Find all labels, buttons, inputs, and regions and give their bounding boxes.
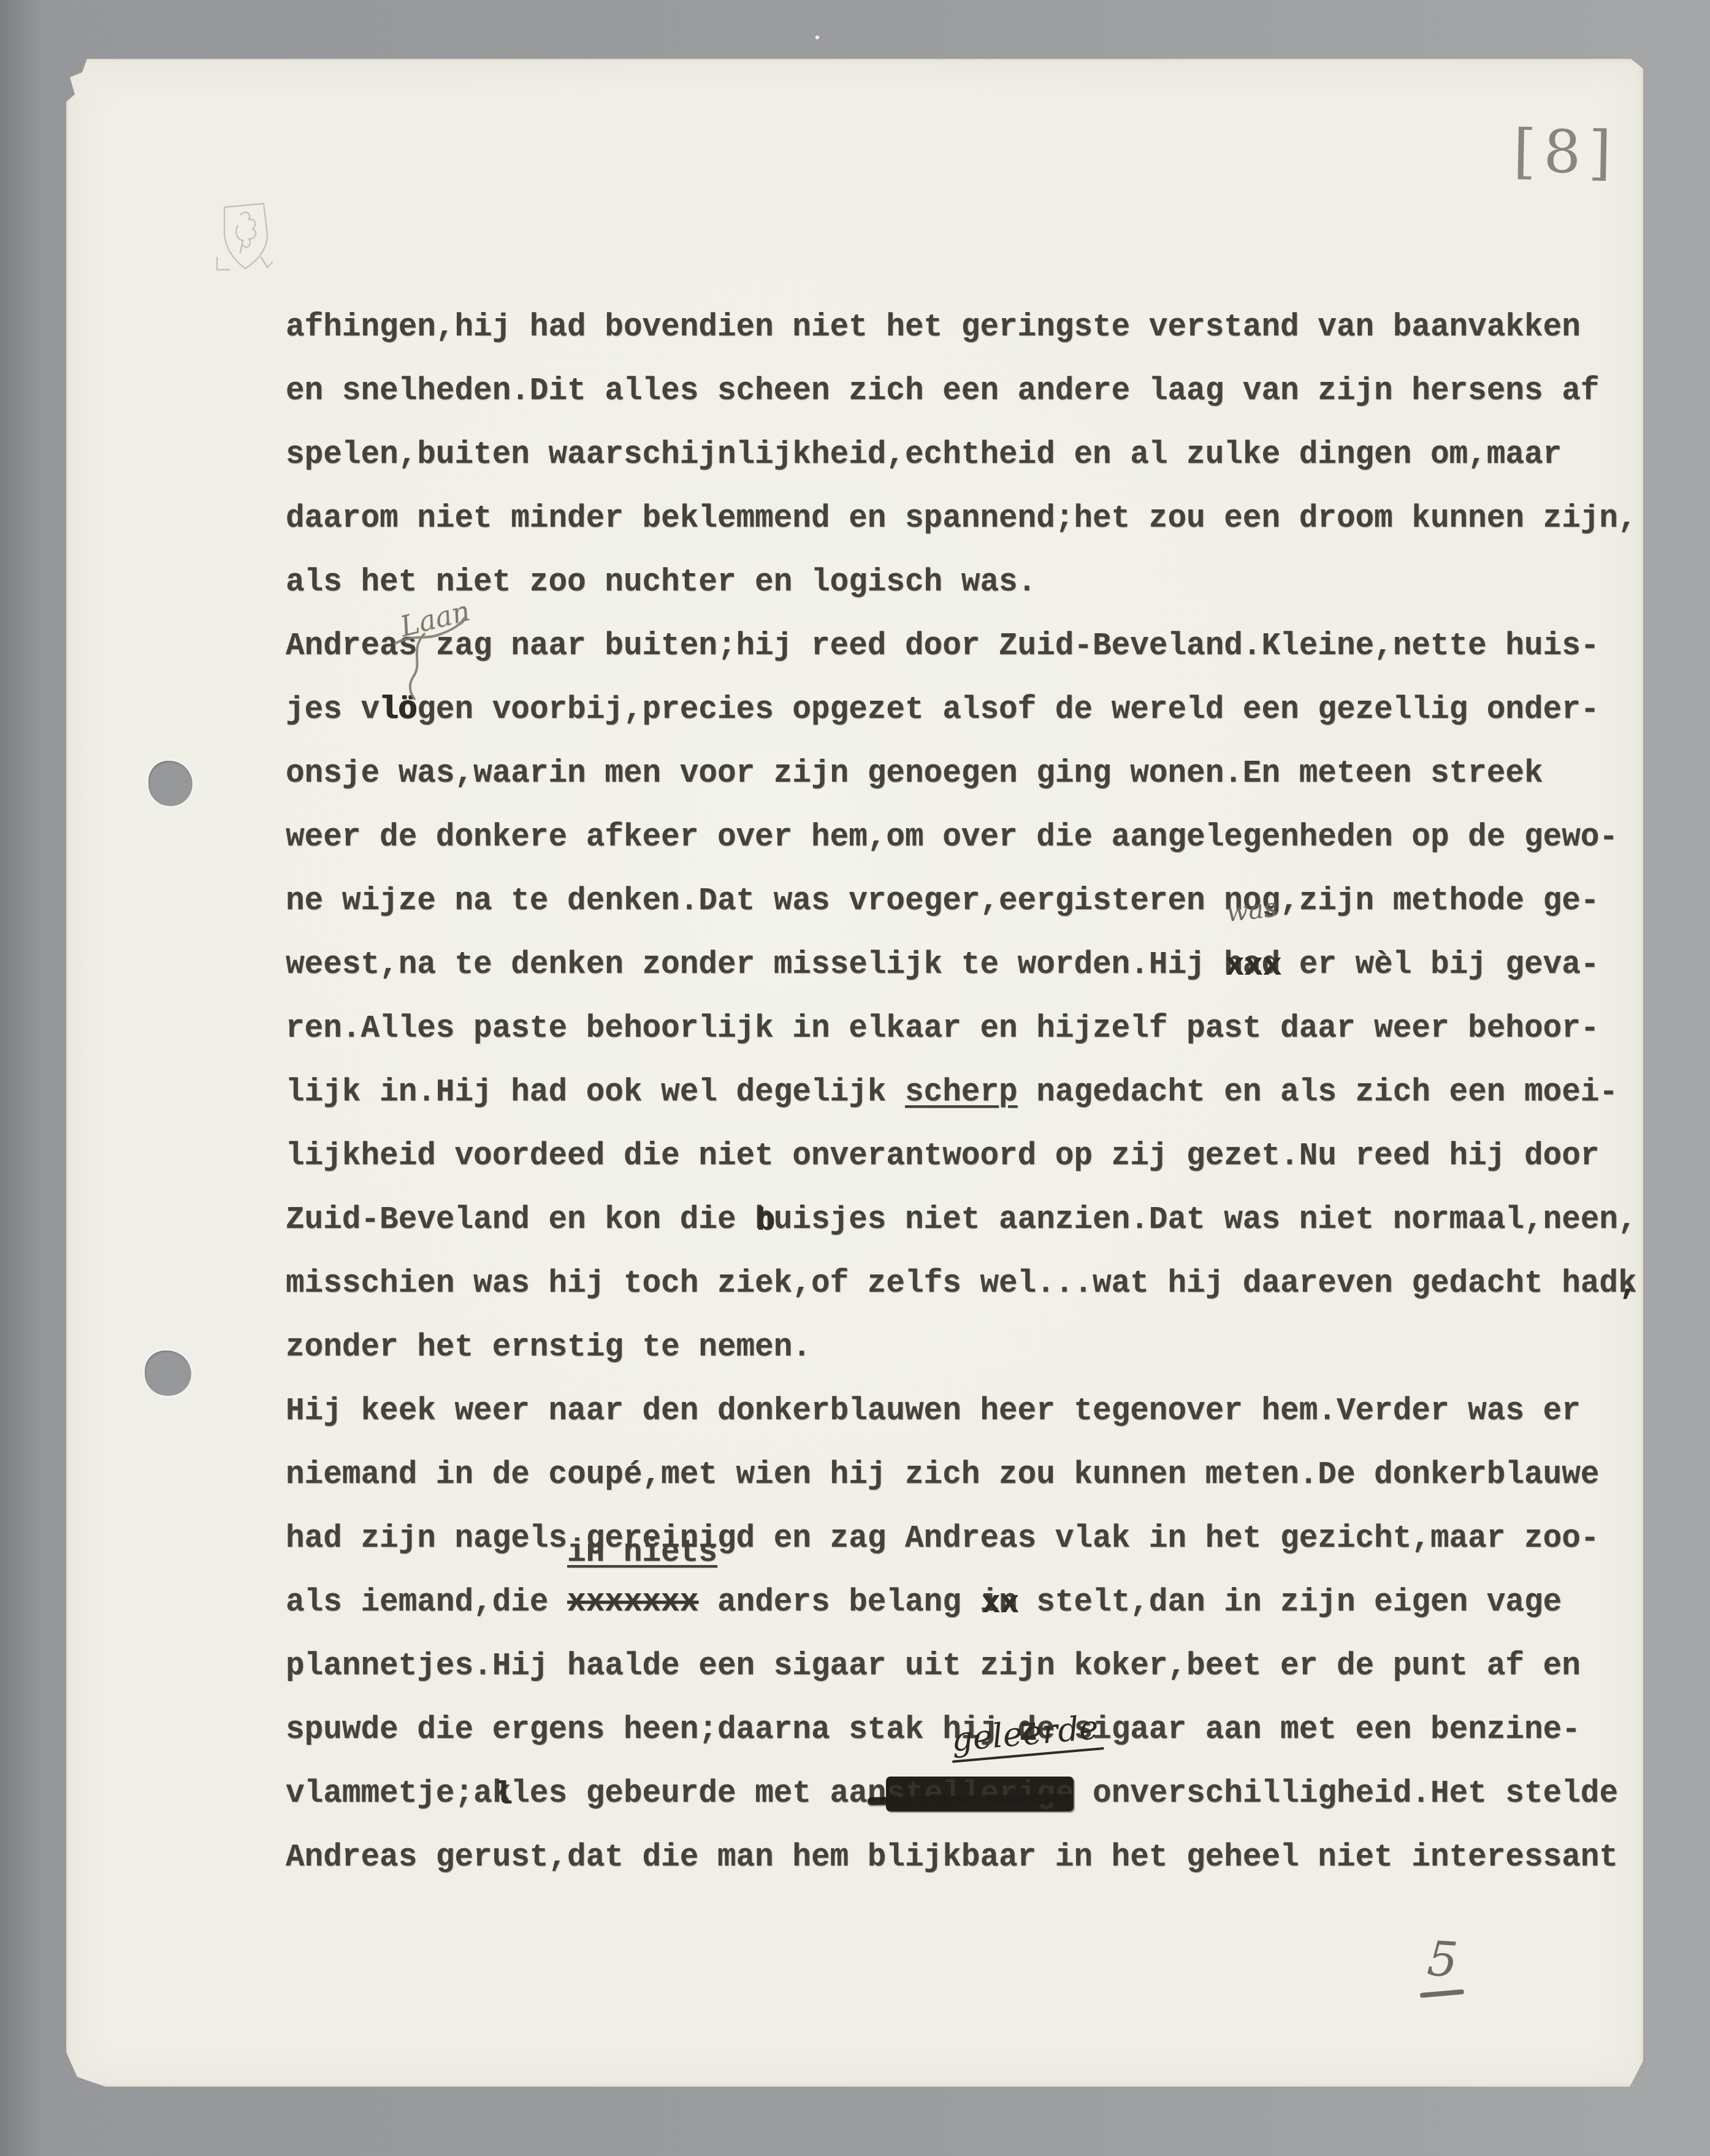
text-run: Zuid-Beveland en kon die [286, 1203, 755, 1238]
typed-line: jes vlögen voorbij,precies opgezet alsof… [286, 679, 1671, 742]
text-run: daarom niet minder beklemmend en spannen… [286, 501, 1637, 536]
text-run: als het niet zoo nuchter en logisch was. [286, 565, 1036, 600]
typed-text: afhingen,hij had bovendien niet het geri… [286, 296, 1671, 1890]
punch-hole [148, 761, 193, 806]
typed-line: Zuid-Beveland en kon die huisjes niet aa… [286, 1189, 1671, 1252]
text-run: plannetjes.Hij haalde een sigaar uit zij… [286, 1649, 1581, 1684]
text-run: ren.Alles paste behoorlijk in elkaar en … [286, 1011, 1599, 1046]
text-run: weest,na te denken zonder misselijk te w… [286, 948, 1224, 983]
typed-line: Hij keek weer naar den donkerblauwen hee… [286, 1380, 1671, 1444]
text-run: Hij keek weer naar den donkerblauwen hee… [286, 1394, 1581, 1429]
typed-line: vlammetje;akles gebeurde met aanstelleri… [286, 1762, 1671, 1826]
typed-line: weer de donkere afkeer over hem,om over … [286, 806, 1671, 870]
text-run: spuwde die ergens heen;daarna stak hij [286, 1713, 1018, 1748]
handwritten-correction-was: was [1225, 893, 1278, 928]
typed-line: zonder het ernstig te nemen. [286, 1316, 1671, 1380]
punch-hole [145, 1350, 191, 1396]
text-run: les gebeurde met aan [511, 1777, 886, 1811]
typed-line: lijk in.Hij had ook wel degelijk scherp … [286, 1061, 1671, 1125]
text-run: onsje was,waarin men voor zijn genoegen … [286, 756, 1543, 791]
text-run: jes v [286, 693, 380, 728]
text-run: had [1224, 934, 1280, 997]
shield-lion-stamp-icon [216, 201, 275, 272]
pencil-page-number: [8] [1513, 117, 1619, 188]
text-run: anders belang [698, 1585, 980, 1620]
typed-line: als iemand,die xxxxxxx anders belang in … [286, 1571, 1671, 1635]
text-run: lijkheid voordeed die niet onverantwoord… [286, 1139, 1599, 1174]
typed-line: onsje was,waarin men voor zijn genoegen … [286, 742, 1671, 806]
typed-line: Andreas zag naar buiten;hij reed door Zu… [286, 615, 1671, 679]
text-run: gen voorbij,precies opgezet alsof de wer… [417, 693, 1599, 728]
text-run: onverschilligheid.Het stelde [1074, 1777, 1618, 1811]
typed-line: daarom niet minder beklemmend en spannen… [286, 487, 1671, 551]
text-run: als iemand,die [286, 1585, 567, 1620]
text-run: weer de donkere afkeer over hem,om over … [286, 820, 1618, 855]
text-run: ne wijze na te denken.Dat was vroeger,ee… [286, 884, 1599, 919]
typed-line: spelen,buiten waarschijnlijkheid,echthei… [286, 424, 1671, 487]
typed-line: plannetjes.Hij haalde een sigaar uit zij… [286, 1635, 1671, 1699]
text-run: niemand in de coupé,met wien hij zich zo… [286, 1458, 1599, 1493]
text-run: afhingen,hij had bovendien niet het geri… [286, 310, 1581, 345]
text-run: uisjes niet aanzien.Dat was niet normaal… [774, 1203, 1637, 1238]
typed-line: ren.Alles paste behoorlijk in elkaar en … [286, 997, 1671, 1061]
pencil-sheet-number: 5 [1426, 1931, 1460, 1988]
typed-line: weest,na te denken zonder misselijk te w… [286, 934, 1671, 997]
text-run: h [755, 1189, 774, 1252]
text-run: had zijn nagels gereinigd en zag Andreas… [286, 1522, 1599, 1556]
text-run: k [1618, 1252, 1637, 1316]
typed-line: had zijn nagels gereinigd en zag Andreas… [286, 1507, 1671, 1571]
text-run: k [492, 1762, 511, 1826]
text-run: e sigaar aan met een benzine- [1036, 1713, 1581, 1748]
text-run: zonder het ernstig te nemen. [286, 1330, 811, 1365]
text-run: in [980, 1571, 1017, 1635]
text-run: er wèl bij geva- [1280, 948, 1599, 983]
text-run: en snelheden.Dit alles scheen zich een a… [286, 374, 1599, 409]
typed-line: Andreas gerust,dat die man hem blijkbaar… [286, 1826, 1671, 1890]
text-run: xxxxxxx [567, 1585, 698, 1620]
text-run: scherp [905, 1075, 1018, 1110]
typed-line: lijkheid voordeed die niet onverantwoord… [286, 1125, 1671, 1189]
typed-line: als het niet zoo nuchter en logisch was. [286, 551, 1671, 615]
text-run: spelen,buiten waarschijnlijkheid,echthei… [286, 438, 1562, 473]
typed-line: ne wijze na te denken.Dat was vroeger,ee… [286, 870, 1671, 934]
text-run: lijk in.Hij had ook wel degelijk [286, 1075, 905, 1110]
text-run: stelt,dan in zijn eigen vage [1018, 1585, 1562, 1620]
text-run: Andreas gerust,dat die man hem blijkbaar… [286, 1840, 1618, 1875]
text-run: nagedacht en als zich een moei- [1018, 1075, 1618, 1110]
typed-insertion-in-niets: in niets [567, 1536, 717, 1571]
typed-line: niemand in de coupé,met wien hij zich zo… [286, 1444, 1671, 1507]
photographed-manuscript: [8] afhingen,hij had bovendien niet het … [0, 0, 1710, 2156]
typed-line: misschien was hij toch ziek,of zelfs wel… [286, 1252, 1671, 1316]
insertion-caret-squiggle-icon [385, 606, 489, 704]
typed-line: en snelheden.Dit alles scheen zich een a… [286, 360, 1671, 424]
text-run: vlammetje;a [286, 1777, 492, 1811]
dust-speck [815, 36, 819, 39]
typed-line: afhingen,hij had bovendien niet het geri… [286, 296, 1671, 360]
text-run: misschien was hij toch ziek,of zelfs wel… [286, 1267, 1618, 1301]
